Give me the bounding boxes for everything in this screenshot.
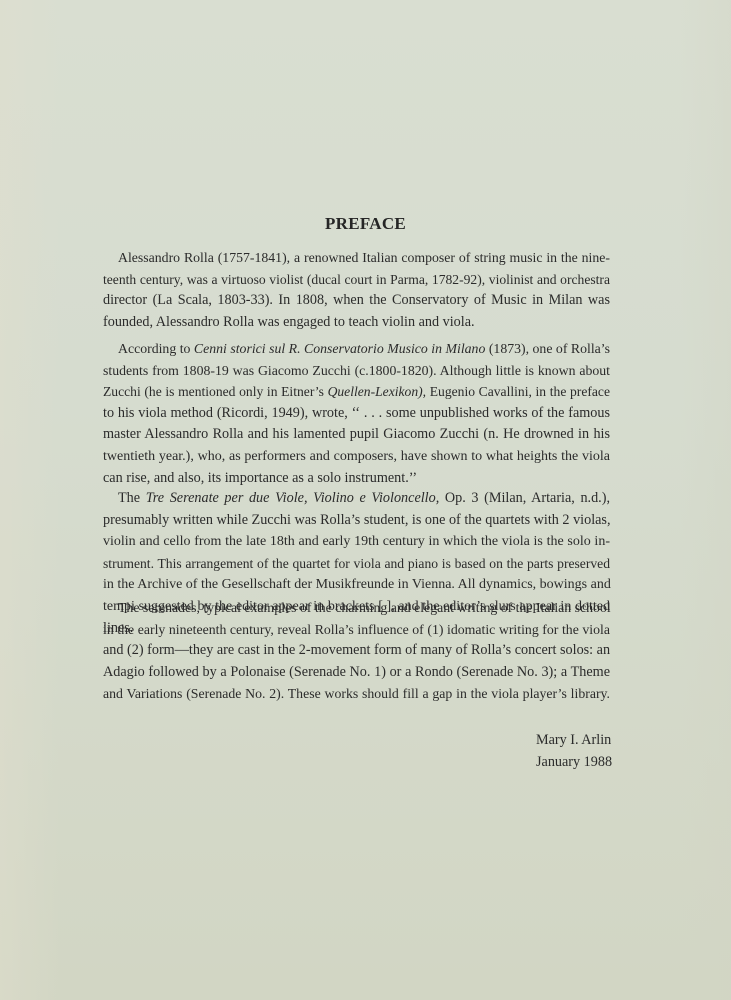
text-span: Zucchi (he is mentioned only in Eitner’s	[103, 384, 328, 399]
text-line: teenth century, was a virtuoso violist (…	[103, 269, 610, 291]
text-line: The serenades, typical examples of the c…	[103, 597, 610, 619]
text-line: to his viola method (Ricordi, 1949), wro…	[103, 403, 610, 425]
text-span: According to	[118, 341, 194, 356]
text-line: According to Cenni storici sul R. Conser…	[103, 338, 610, 360]
text-line: can rise, and also, its importance as a …	[103, 468, 610, 490]
signature-date: January 1988	[536, 751, 612, 773]
book-title: Cenni storici sul R. Conservatorio Music…	[194, 341, 485, 356]
text-line: and (2) form—they are cast in the 2-move…	[103, 640, 610, 662]
text-line: in the Archive of the Gesellschaft der M…	[103, 574, 610, 596]
text-line: Alessandro Rolla (1757-1841), a renowned…	[103, 247, 610, 269]
text-line: The Tre Serenate per due Viole, Violino …	[103, 488, 610, 510]
text-span: The	[118, 490, 146, 506]
text-line: Adagio followed by a Polonaise (Serenade…	[103, 662, 610, 684]
paragraph-serenades: The serenades, typical examples of the c…	[103, 597, 610, 705]
text-line: director (La Scala, 1803-33). In 1808, w…	[103, 290, 610, 312]
text-span: (1873), one of Rolla’s	[485, 341, 610, 356]
page-title: PREFACE	[0, 214, 731, 234]
text-line: strument. This arrangement of the quarte…	[103, 553, 610, 575]
author-name: Mary I. Arlin	[536, 729, 612, 751]
text-line: master Alessandro Rolla and his lamented…	[103, 424, 610, 446]
book-title: Quellen-Lexikon),	[328, 384, 427, 399]
text-line: founded, Alessandro Rolla was engaged to…	[103, 312, 610, 334]
work-title: Tre Serenate per due Viole, Violino e Vi…	[146, 490, 440, 506]
text-line: presumably written while Zucchi was Roll…	[103, 510, 610, 532]
paragraph-zucchi: According to Cenni storici sul R. Conser…	[103, 338, 610, 489]
text-line: twentieth year.), who, as performers and…	[103, 446, 610, 468]
text-line: violin and cello from the late 18th and …	[103, 531, 610, 553]
text-line: and Variations (Serenade No. 2). These w…	[103, 683, 610, 705]
text-line: students from 1808-19 was Giacomo Zucchi…	[103, 360, 610, 382]
paragraph-biography: Alessandro Rolla (1757-1841), a renowned…	[103, 247, 610, 333]
signature-block: Mary I. Arlin January 1988	[536, 729, 612, 773]
text-line: Zucchi (he is mentioned only in Eitner’s…	[103, 381, 610, 403]
text-span: Op. 3 (Milan, Artaria, n.d.),	[439, 490, 610, 506]
text-line: in the early nineteenth century, reveal …	[103, 619, 610, 641]
text-span: Eugenio Cavallini, in the preface	[426, 384, 610, 399]
